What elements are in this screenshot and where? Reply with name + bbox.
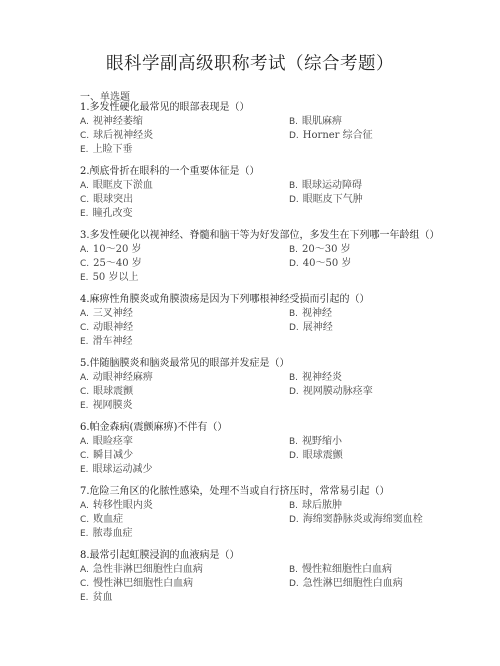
option-grid: A.动眼神经麻痹B.视神经炎C.眼球震颤D.视网膜动脉痉挛E.视网膜炎 (80, 371, 440, 413)
option-text: 视神经炎 (302, 372, 342, 383)
option-d: D.海绵窦静脉炎或海绵窦血栓 (289, 513, 449, 527)
option-e: E.瞳孔改变 (80, 207, 289, 221)
option-letter: B. (289, 501, 298, 511)
option-text: Horner 综合征 (303, 130, 373, 141)
option-letter: E. (80, 337, 89, 347)
question-stem: 5.伴随脑膜炎和脑炎最常见的眼部并发症是（） (80, 357, 440, 371)
option-letter: A. (80, 437, 89, 447)
option-letter: E. (80, 529, 89, 539)
option-text: 球后脓肿 (302, 500, 342, 511)
option-letter: D. (289, 259, 299, 269)
option-e: E.脓毒血症 (80, 527, 289, 541)
question-stem: 6.帕金森病(震颤麻痹)不伴有（） (80, 421, 440, 435)
option-d: D.40～50 岁 (289, 257, 449, 271)
option-letter: C. (80, 451, 89, 461)
option-letter: D. (289, 515, 299, 525)
option-c: C.动眼神经 (80, 321, 289, 335)
option-b: B.视神经 (289, 307, 449, 321)
option-a: A.眼眶皮下淤血 (80, 179, 289, 193)
option-text: 视网膜炎 (93, 400, 133, 411)
question-4: 4.麻痹性角膜炎或角膜溃疡是因为下列哪根神经受损而引起的（）A.三叉神经B.视神… (80, 293, 440, 349)
option-letter: D. (289, 387, 299, 397)
question-6: 6.帕金森病(震颤麻痹)不伴有（）A.眼睑痉挛B.视野缩小C.瞬目减少D.眼球震… (80, 421, 440, 477)
option-letter: B. (289, 437, 298, 447)
option-letter: D. (289, 195, 299, 205)
option-text: 视网膜动脉痉挛 (303, 386, 373, 397)
option-a: A.眼睑痉挛 (80, 435, 289, 449)
option-text: 转移性眼内炎 (93, 500, 153, 511)
option-a: A.10～20 岁 (80, 243, 289, 257)
option-letter: E. (80, 593, 89, 603)
option-b: B.视野缩小 (289, 435, 449, 449)
option-d: D.视网膜动脉痉挛 (289, 385, 449, 399)
option-c: C.25～40 岁 (80, 257, 289, 271)
option-grid: A.10～20 岁B.20～30 岁C.25～40 岁D.40～50 岁E.50… (80, 243, 440, 285)
option-letter: D. (289, 451, 299, 461)
question-7: 7.危险三角区的化脓性感染，处理不当或自行挤压时，常常易引起（）A.转移性眼内炎… (80, 485, 440, 541)
option-text: 视神经 (302, 308, 332, 319)
option-text: 视野缩小 (302, 436, 342, 447)
option-e: E.眼球运动减少 (80, 463, 289, 477)
option-text: 急性淋巴细胞性白血病 (303, 578, 403, 589)
option-text: 眼眶皮下淤血 (93, 180, 153, 191)
option-b: B.慢性粒细胞性白血病 (289, 563, 449, 577)
question-8: 8.最常引起虹膜浸润的血液病是（）A.急性非淋巴细胞性白血病B.慢性粒细胞性白血… (80, 549, 440, 605)
option-letter: B. (289, 309, 298, 319)
option-letter: B. (289, 117, 298, 127)
question-5: 5.伴随脑膜炎和脑炎最常见的眼部并发症是（）A.动眼神经麻痹B.视神经炎C.眼球… (80, 357, 440, 413)
question-stem: 3.多发性硬化以视神经、脊髓和脑干等为好发部位，多发生在下列哪一年龄组（） (80, 229, 440, 243)
question-stem: 7.危险三角区的化脓性感染，处理不当或自行挤压时，常常易引起（） (80, 485, 440, 499)
option-text: 展神经 (303, 322, 333, 333)
option-text: 40～50 岁 (303, 258, 352, 269)
option-letter: C. (80, 387, 89, 397)
option-letter: D. (289, 131, 299, 141)
option-text: 视神经萎缩 (93, 116, 143, 127)
option-grid: A.视神经萎缩B.眼肌麻痹C.球后视神经炎D.Horner 综合征E.上睑下垂 (80, 115, 440, 157)
option-text: 滑车神经 (93, 336, 133, 347)
question-stem: 1.多发性硬化最常见的眼部表现是（） (80, 101, 440, 115)
option-grid: A.转移性眼内炎B.球后脓肿C.败血症D.海绵窦静脉炎或海绵窦血栓E.脓毒血症 (80, 499, 440, 541)
option-text: 动眼神经 (93, 322, 133, 333)
option-grid: A.眼睑痉挛B.视野缩小C.瞬目减少D.眼球震颤E.眼球运动减少 (80, 435, 440, 477)
option-letter: D. (289, 323, 299, 333)
option-letter: A. (80, 117, 89, 127)
option-text: 眼球震颤 (303, 450, 343, 461)
question-stem: 8.最常引起虹膜浸润的血液病是（） (80, 549, 440, 563)
option-text: 三叉神经 (93, 308, 133, 319)
option-text: 上睑下垂 (93, 144, 133, 155)
option-text: 眼球运动减少 (93, 464, 153, 475)
question-stem: 2.颅底骨折在眼科的一个重要体征是（） (80, 165, 440, 179)
option-d: D.急性淋巴细胞性白血病 (289, 577, 449, 591)
option-d: D.眼眶皮下气肿 (289, 193, 449, 207)
option-text: 瞳孔改变 (93, 208, 133, 219)
option-a: A.转移性眼内炎 (80, 499, 289, 513)
option-b: B.球后脓肿 (289, 499, 449, 513)
option-grid: A.眼眶皮下淤血B.眼球运动障碍C.眼球突出D.眼眶皮下气肿E.瞳孔改变 (80, 179, 440, 221)
option-letter: E. (80, 145, 89, 155)
option-letter: C. (80, 259, 89, 269)
question-stem: 4.麻痹性角膜炎或角膜溃疡是因为下列哪根神经受损而引起的（） (80, 293, 440, 307)
option-b: B.眼肌麻痹 (289, 115, 449, 129)
option-text: 慢性粒细胞性白血病 (302, 564, 392, 575)
option-letter: B. (289, 245, 298, 255)
question-1: 1.多发性硬化最常见的眼部表现是（）A.视神经萎缩B.眼肌麻痹C.球后视神经炎D… (80, 101, 440, 157)
option-a: A.动眼神经麻痹 (80, 371, 289, 385)
option-letter: A. (80, 565, 89, 575)
option-text: 脓毒血症 (93, 528, 133, 539)
option-letter: A. (80, 373, 89, 383)
option-text: 眼球突出 (93, 194, 133, 205)
option-a: A.急性非淋巴细胞性白血病 (80, 563, 289, 577)
option-letter: D. (289, 579, 299, 589)
option-e: E.滑车神经 (80, 335, 289, 349)
option-e: E.贫血 (80, 591, 289, 605)
option-e: E.50 岁以上 (80, 271, 289, 285)
option-letter: B. (289, 565, 298, 575)
option-text: 眼球震颤 (93, 386, 133, 397)
option-letter: E. (80, 401, 89, 411)
option-b: B.视神经炎 (289, 371, 449, 385)
option-d: D.眼球震颤 (289, 449, 449, 463)
option-c: C.瞬目减少 (80, 449, 289, 463)
option-text: 败血症 (93, 514, 123, 525)
option-text: 眼球运动障碍 (302, 180, 362, 191)
option-text: 眼眶皮下气肿 (303, 194, 363, 205)
option-text: 球后视神经炎 (93, 130, 153, 141)
option-c: C.败血症 (80, 513, 289, 527)
question-2: 2.颅底骨折在眼科的一个重要体征是（）A.眼眶皮下淤血B.眼球运动障碍C.眼球突… (80, 165, 440, 221)
option-letter: C. (80, 195, 89, 205)
option-text: 10～20 岁 (93, 244, 142, 255)
option-text: 动眼神经麻痹 (93, 372, 153, 383)
option-grid: A.急性非淋巴细胞性白血病B.慢性粒细胞性白血病C.慢性淋巴细胞性白血病D.急性… (80, 563, 440, 605)
option-letter: E. (80, 273, 89, 283)
option-letter: E. (80, 209, 89, 219)
option-e: E.视网膜炎 (80, 399, 289, 413)
option-letter: A. (80, 245, 89, 255)
option-text: 眼肌麻痹 (302, 116, 342, 127)
option-text: 海绵窦静脉炎或海绵窦血栓 (303, 514, 423, 525)
option-letter: E. (80, 465, 89, 475)
question-3: 3.多发性硬化以视神经、脊髓和脑干等为好发部位，多发生在下列哪一年龄组（）A.1… (80, 229, 440, 285)
option-text: 慢性淋巴细胞性白血病 (93, 578, 193, 589)
option-c: C.慢性淋巴细胞性白血病 (80, 577, 289, 591)
option-c: C.眼球突出 (80, 193, 289, 207)
option-text: 急性非淋巴细胞性白血病 (93, 564, 203, 575)
option-b: B.20～30 岁 (289, 243, 449, 257)
option-e: E.上睑下垂 (80, 143, 289, 157)
option-grid: A.三叉神经B.视神经C.动眼神经D.展神经E.滑车神经 (80, 307, 440, 349)
option-letter: A. (80, 181, 89, 191)
option-text: 贫血 (93, 592, 113, 603)
option-letter: C. (80, 323, 89, 333)
option-b: B.眼球运动障碍 (289, 179, 449, 193)
option-letter: B. (289, 373, 298, 383)
option-letter: C. (80, 515, 89, 525)
option-d: D.Horner 综合征 (289, 129, 449, 143)
option-text: 25～40 岁 (93, 258, 142, 269)
option-a: A.视神经萎缩 (80, 115, 289, 129)
option-text: 眼睑痉挛 (93, 436, 133, 447)
option-c: C.球后视神经炎 (80, 129, 289, 143)
document-title: 眼科学副高级职称考试（综合考题） (0, 50, 500, 75)
option-text: 瞬目减少 (93, 450, 133, 461)
option-letter: B. (289, 181, 298, 191)
option-letter: C. (80, 579, 89, 589)
option-text: 50 岁以上 (93, 272, 139, 283)
option-a: A.三叉神经 (80, 307, 289, 321)
option-letter: A. (80, 309, 89, 319)
option-d: D.展神经 (289, 321, 449, 335)
option-c: C.眼球震颤 (80, 385, 289, 399)
option-text: 20～30 岁 (302, 244, 351, 255)
option-letter: C. (80, 131, 89, 141)
option-letter: A. (80, 501, 89, 511)
